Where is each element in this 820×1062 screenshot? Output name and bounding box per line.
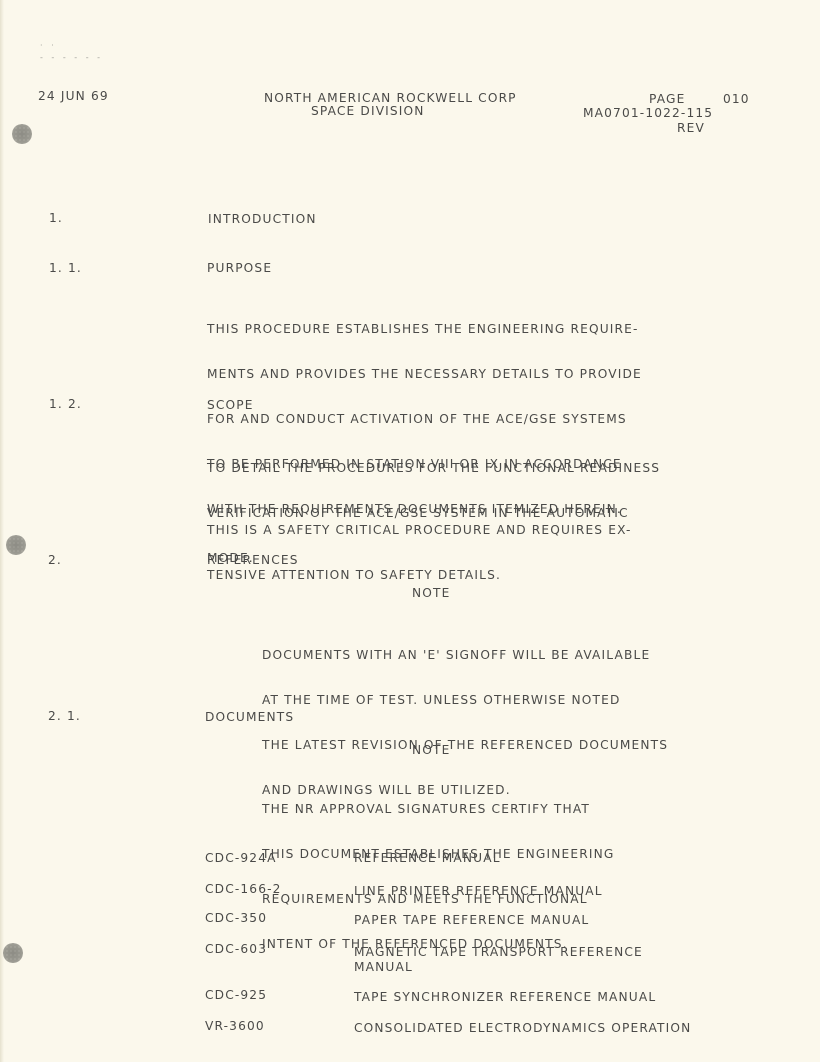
reference-id: CDC-603 xyxy=(205,942,267,957)
reference-id: CDC-925 xyxy=(205,988,267,1003)
section-title-references: REFERENCES xyxy=(207,553,299,568)
reference-id: CDC-350 xyxy=(205,911,267,926)
text-line: DOCUMENTS WITH AN 'E' SIGNOFF WILL BE AV… xyxy=(262,648,668,663)
punch-hole-mark xyxy=(3,943,23,963)
reference-id: CDC-166-2 xyxy=(205,882,282,897)
section-number: 2. xyxy=(48,553,62,568)
reference-description: PAPER TAPE REFERENCE MANUAL xyxy=(354,913,589,928)
header-page-label: PAGE xyxy=(649,92,685,107)
reference-description: MANUAL xyxy=(354,960,413,975)
text-line: THE NR APPROVAL SIGNATURES CERTIFY THAT xyxy=(262,802,614,817)
stray-marks: · ·- - - - - - xyxy=(40,40,103,64)
section-number: 2. 1. xyxy=(48,709,81,724)
text-line: AT THE TIME OF TEST. UNLESS OTHERWISE NO… xyxy=(262,693,668,708)
reference-id: CDC-924A xyxy=(205,851,277,866)
reference-description: MAGNETIC TAPE TRANSPORT REFERENCE xyxy=(354,945,643,960)
documents-note: THE NR APPROVAL SIGNATURES CERTIFY THAT … xyxy=(262,772,614,967)
text-line: MENTS AND PROVIDES THE NECESSARY DETAILS… xyxy=(207,367,642,382)
section-number: 1. xyxy=(49,211,63,226)
section-number: 1. 2. xyxy=(49,397,82,412)
note-label: NOTE xyxy=(412,743,450,758)
section-title-introduction: INTRODUCTION xyxy=(208,212,317,227)
header-date: 24 JUN 69 xyxy=(38,89,109,104)
text-line: THE LATEST REVISION OF THE REFERENCED DO… xyxy=(262,738,668,753)
punch-hole-mark xyxy=(12,124,32,144)
punch-hole-mark xyxy=(6,535,26,555)
header-division: SPACE DIVISION xyxy=(311,104,425,119)
text-line: THIS IS A SAFETY CRITICAL PROCEDURE AND … xyxy=(207,523,632,538)
text-line: TENSIVE ATTENTION TO SAFETY DETAILS. xyxy=(207,568,632,583)
reference-id: VR-3600 xyxy=(205,1019,265,1034)
header-document-number: MA0701-1022-115 xyxy=(583,106,713,121)
section-title-documents: DOCUMENTS xyxy=(205,710,294,725)
text-line: FOR AND CONDUCT ACTIVATION OF THE ACE/GS… xyxy=(207,412,642,427)
section-title-scope: SCOPE xyxy=(207,398,254,413)
section-number: 1. 1. xyxy=(49,261,82,276)
reference-description: TAPE SYNCHRONIZER REFERENCE MANUAL xyxy=(354,990,656,1005)
reference-description: CONSOLIDATED ELECTRODYNAMICS OPERATION xyxy=(354,1021,691,1036)
reference-description: REFERENCE MANUAL xyxy=(354,851,501,866)
header-rev-label: REV xyxy=(677,121,705,136)
reference-description: LINE PRINTER REFERENCE MANUAL xyxy=(354,884,603,899)
text-line: THIS PROCEDURE ESTABLISHES THE ENGINEERI… xyxy=(207,322,642,337)
header-page-number: 010 xyxy=(723,92,750,107)
paper-edge xyxy=(0,0,4,1062)
section-title-purpose: PURPOSE xyxy=(207,261,272,276)
text-line: TO DETAIL THE PROCEDURES FOR THE FUNCTIO… xyxy=(207,461,660,476)
note-label: NOTE xyxy=(412,586,450,601)
safety-paragraph: THIS IS A SAFETY CRITICAL PROCEDURE AND … xyxy=(207,493,632,598)
